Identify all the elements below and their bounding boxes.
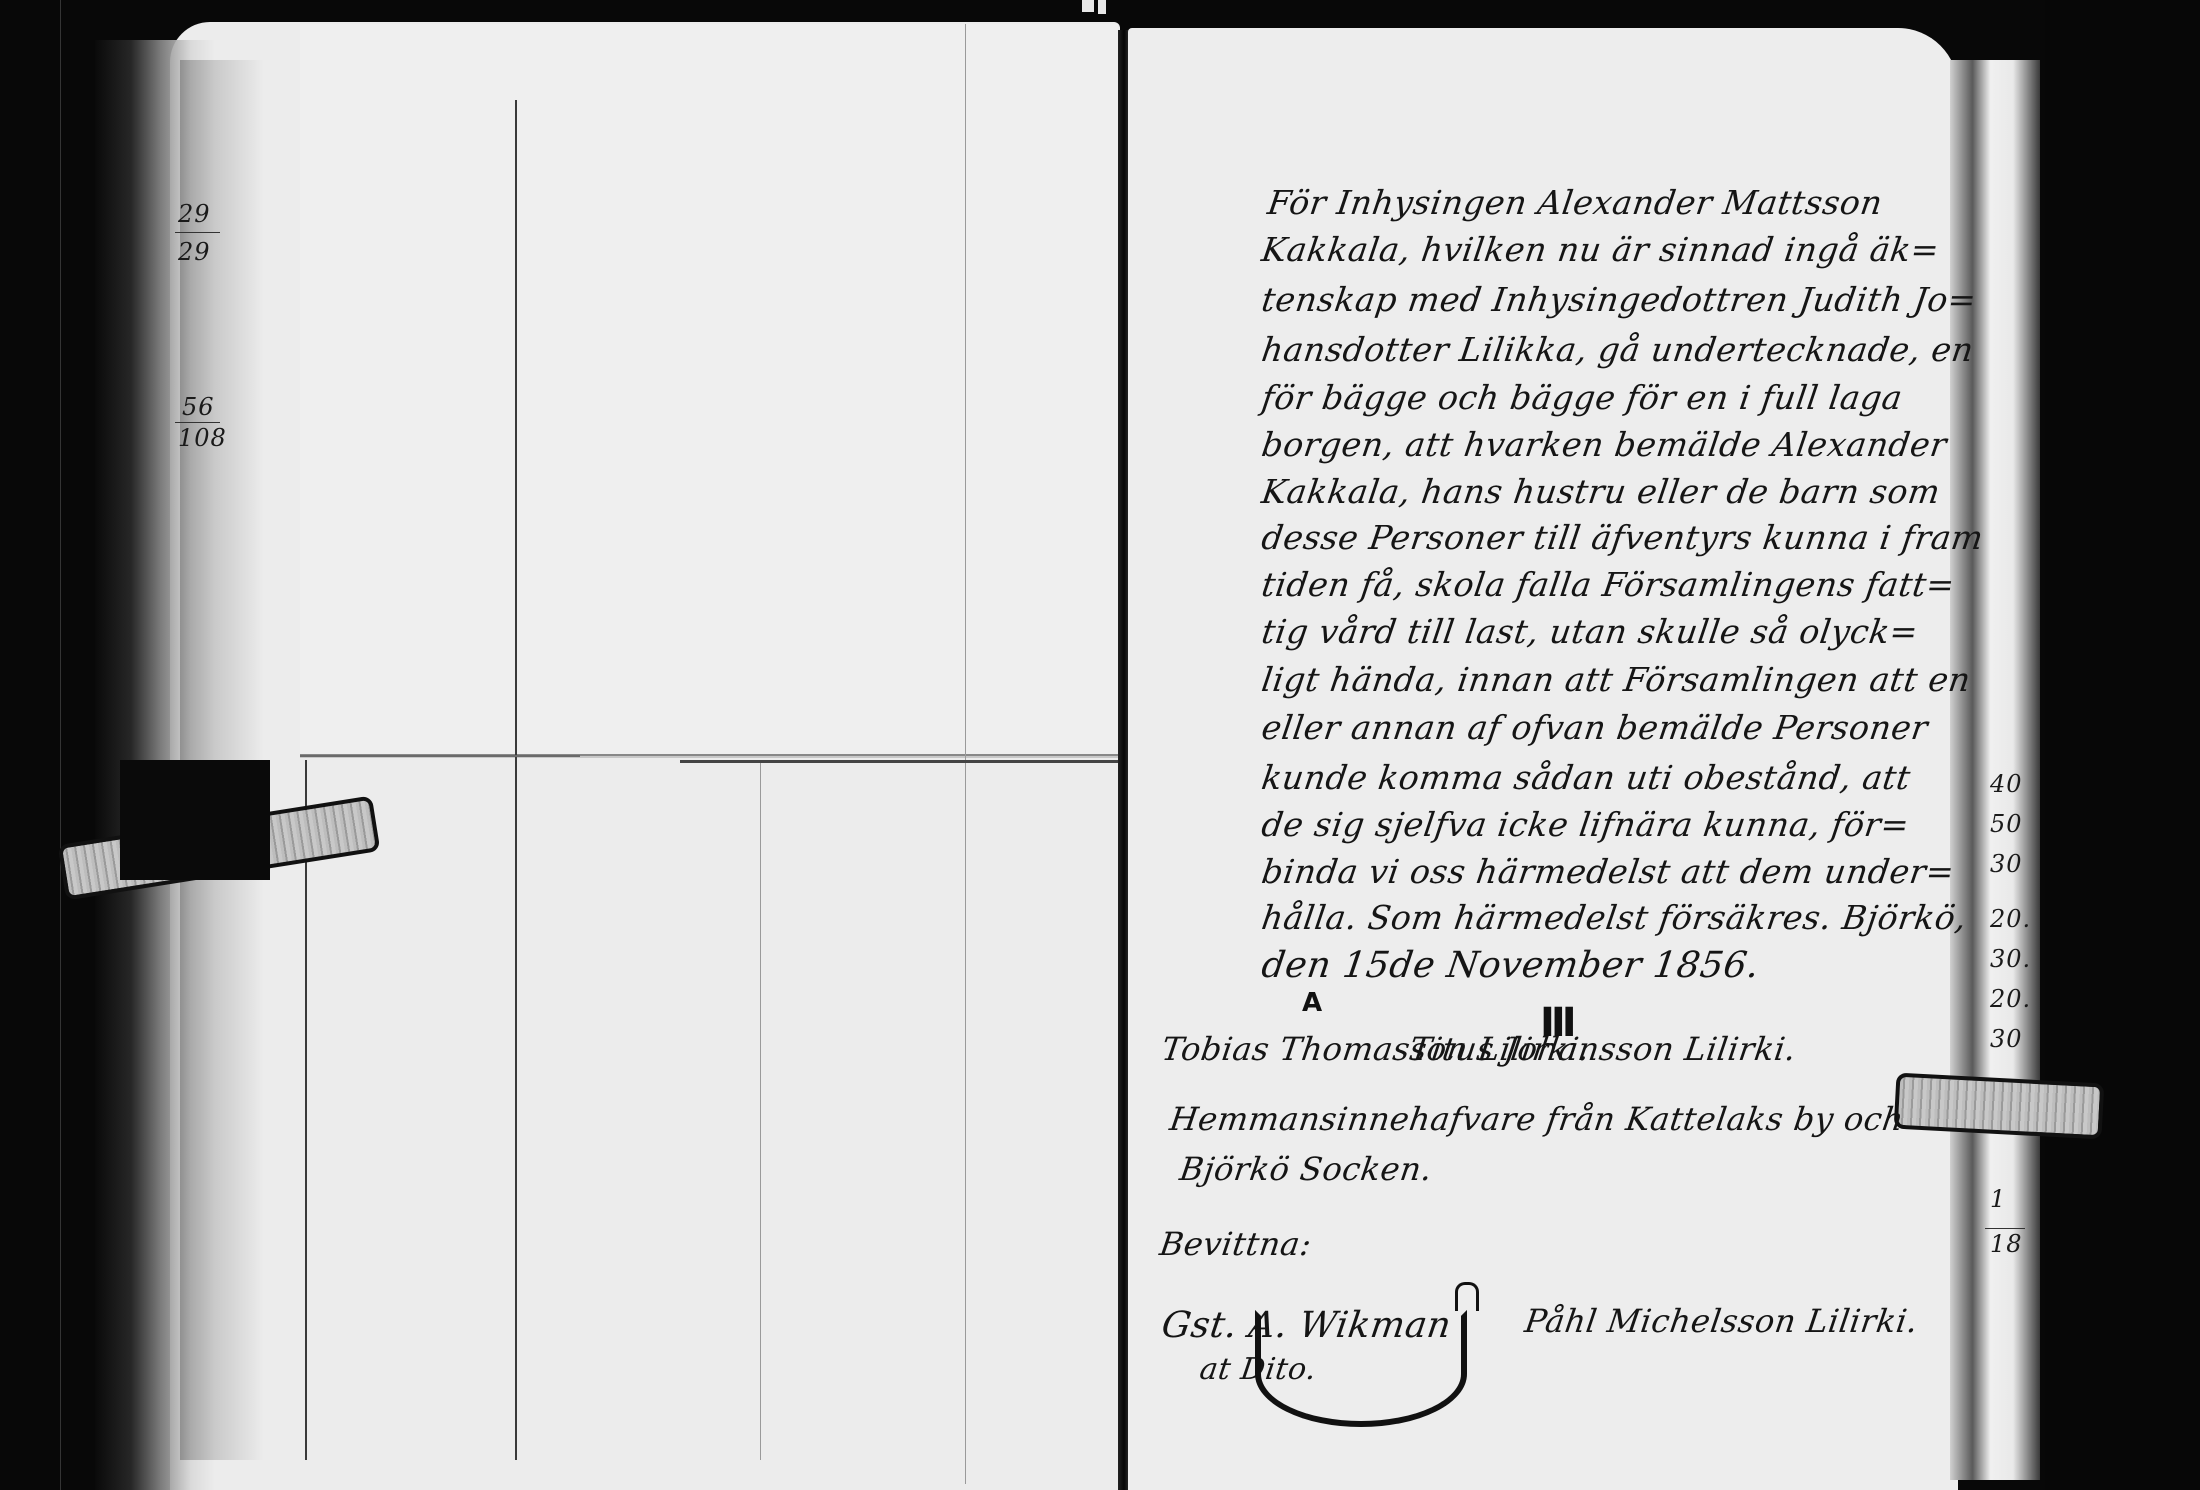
- body-line: För Inhysingen Alexander Mattsson: [1265, 183, 1885, 222]
- body-line: hansdotter Lilikka, gå undertecknade, en: [1259, 330, 1976, 369]
- body-line: Kakkala, hvilken nu är sinnad ingå äk=: [1259, 230, 1942, 269]
- row-rule: [300, 755, 580, 757]
- body-line: kunde komma sådan uti obestånd, att: [1259, 758, 1913, 797]
- body-line: eller annan af ofvan bemälde Personer: [1259, 708, 1930, 747]
- book-clamp: [1894, 1073, 2105, 1140]
- column-rule: [515, 100, 517, 1460]
- signature-mark-arch: [1455, 1282, 1479, 1311]
- role-line: Hemmansinnehafvare från Kattelaks by och: [1167, 1100, 1906, 1138]
- body-line: binda vi oss härmedelst att dem under=: [1259, 852, 1957, 891]
- signature-mark-a: A: [1302, 988, 1322, 1018]
- margin-number: 29: [178, 238, 211, 266]
- body-line: desse Personer till äfventyrs kunna i fr…: [1259, 518, 1986, 557]
- clamp-shadow: [120, 760, 270, 880]
- body-line: ligt hända, innan att Församlingen att e…: [1259, 660, 1973, 699]
- edge-number: 50: [1990, 810, 2023, 838]
- witness-label: Bevittna:: [1157, 1225, 1314, 1263]
- edge-number: 20.: [1990, 905, 2031, 933]
- left-page-upper-sheet: [300, 24, 1118, 756]
- top-tab: [1082, 0, 1094, 12]
- body-line: tenskap med Inhysingedottren Judith Jo=: [1259, 280, 1979, 319]
- body-line: de sig sjelfva icke lifnära kunna, för=: [1259, 805, 1912, 844]
- body-line: borgen, att hvarken bemälde Alexander: [1259, 425, 1949, 464]
- date-line: den 15de November 1856.: [1259, 945, 1762, 986]
- edge-number: 1: [1990, 1185, 2006, 1213]
- signature-flourish: [1255, 1310, 1467, 1427]
- scanner-bed: [2045, 0, 2200, 1490]
- edge-number: 20.: [1990, 985, 2031, 1013]
- column-rule: [305, 760, 307, 1460]
- edge-number: 18: [1990, 1230, 2023, 1258]
- signature-mark-triple: III: [1540, 1000, 1573, 1046]
- margin-rule: [175, 422, 220, 423]
- column-rule: [965, 24, 966, 1484]
- column-rule: [760, 760, 761, 1460]
- edge-number: 30.: [1990, 945, 2031, 973]
- body-line: Kakkala, hans hustru eller de barn som: [1259, 472, 1943, 511]
- witness-signature-pahl: Påhl Michelsson Lilirki.: [1522, 1302, 1920, 1340]
- top-tab: [1098, 0, 1106, 14]
- row-rule: [680, 760, 1120, 763]
- edge-number: 40: [1990, 770, 2023, 798]
- margin-number: 56: [182, 393, 215, 421]
- body-line: tiden få, skola falla Församlingens fatt…: [1259, 565, 1957, 604]
- edge-number: 30: [1990, 850, 2023, 878]
- signature-titus: Titus Johansson Lilirki.: [1407, 1030, 1798, 1068]
- edge-number: 30: [1990, 1025, 2023, 1053]
- film-scratch: [60, 0, 61, 1490]
- body-line: tig vård till last, utan skulle så olyck…: [1259, 612, 1920, 651]
- margin-number: 108: [178, 424, 227, 452]
- body-line: för bägge och bägge för en i full laga: [1259, 378, 1905, 417]
- role-line: Björkö Socken.: [1177, 1150, 1434, 1188]
- margin-rule: [1985, 1228, 2025, 1229]
- body-line: hålla. Som härmedelst försäkres. Björkö,: [1259, 898, 1969, 937]
- margin-number: 29: [178, 200, 211, 228]
- margin-rule: [175, 232, 220, 233]
